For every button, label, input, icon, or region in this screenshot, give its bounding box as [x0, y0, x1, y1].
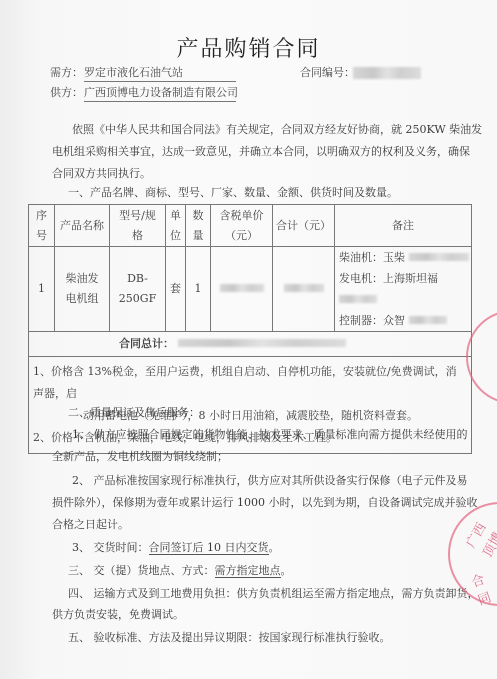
- section-2-item-2-line-3: 合格之日起计。: [52, 514, 129, 536]
- buyer-label: 需方：: [50, 64, 83, 80]
- header-price: 含税单价（元）: [211, 205, 273, 247]
- section-2-item-2-line-1: 2、 产品标准按国家现行标准执行，供方应对其所供设备实行保修（电子元件及易: [72, 470, 468, 492]
- cell-price: [211, 247, 273, 332]
- section-1-heading: 一、产品名牌、商标、型号、厂家、数量、金额、供货时间及数量。: [68, 182, 398, 204]
- buyer-value: 罗定市液化石油气站: [84, 64, 236, 82]
- delivery-time-value: 合同签订后 10 日内交货: [149, 541, 269, 555]
- section-2-heading: 二、质量保证及售后服务：: [68, 402, 200, 424]
- section-2-item-2-line-2: 损件除外），保修期为壹年或累计运行 1000 小时，以先到为期，自设备调试完成并…: [52, 492, 478, 514]
- header-model: 型号/规格: [110, 205, 166, 247]
- header-unit: 单位: [166, 205, 186, 247]
- section-4-line-2: 供方负责安装，免费调试。: [52, 604, 184, 626]
- supplier-value: 广西顶博电力设备制造有限公司: [84, 84, 236, 102]
- note-1: 1、价格含 13%税金，至用户运费，机组自启动、自停机功能，安装就位/免费调试，…: [33, 361, 467, 405]
- cell-unit: 套: [166, 247, 186, 332]
- contract-no-value: [353, 64, 421, 83]
- header-remark: 备注: [335, 205, 472, 247]
- table-row: 1 柴油发电机组 DB-250GF 套 1 柴油机：玉柴 发电机：上海斯坦福 控…: [29, 247, 472, 332]
- supplier-label: 供方：: [50, 84, 83, 100]
- section-4-line-1: 四、 运输方式及到工地费用负担：供方负责机组运至需方指定地点，需方负责卸货，: [68, 583, 479, 605]
- grand-total-row: 合同总计：: [29, 332, 472, 357]
- section-5: 五、 验收标准、方法及提出异议期限：按国家现行标准执行验收。: [68, 627, 391, 649]
- grand-total-value: [178, 339, 346, 347]
- delivery-location-value: 需方指定地点: [215, 564, 281, 578]
- section-3: 三、 交（提）货地点、方式：需方指定地点。: [68, 560, 292, 582]
- cell-qty: 1: [186, 247, 211, 332]
- cell-model: DB-250GF: [110, 247, 166, 332]
- remark-controller: 控制器：众智: [339, 310, 471, 331]
- intro-line-1: 依照《中华人民共和国合同法》有关规定，合同双方经友好协商，就 250KW 柴油发: [72, 119, 482, 141]
- intro-line-2: 电机组采购相关事宜，达成一致意见，并确立本合同，以明确双方的权利及义务，确保: [52, 141, 470, 163]
- header-name: 产品名称: [55, 205, 110, 247]
- section-2-item-1-line-1: 1、 供方应按照合同规定的货物性能、技术要求、质量标准向需方提供未经使用的: [72, 424, 468, 446]
- grand-total-label: 合同总计：: [119, 337, 174, 350]
- cell-total: [273, 247, 335, 332]
- document-title: 产品购销合同: [0, 32, 497, 63]
- section-2-item-1-line-2: 全新产品，发电机线圈为铜线绕制；: [52, 446, 228, 468]
- cell-name: 柴油发电机组: [55, 247, 110, 332]
- cell-remark: 柴油机：玉柴 发电机：上海斯坦福 控制器：众智: [335, 247, 472, 332]
- remark-generator: 发电机：上海斯坦福: [339, 268, 471, 310]
- header-seq: 序号: [29, 205, 55, 247]
- contract-no-label: 合同编号：: [300, 64, 355, 80]
- header-total: 合计（元）: [273, 205, 335, 247]
- table-header-row: 序号 产品名称 型号/规格 单位 数量 含税单价（元） 合计（元） 备注: [29, 205, 472, 247]
- header-qty: 数量: [186, 205, 211, 247]
- remark-engine: 柴油机：玉柴: [339, 247, 471, 268]
- section-2-item-3: 3、 交货时间：合同签订后 10 日内交货。: [72, 537, 280, 559]
- cell-seq: 1: [29, 247, 55, 332]
